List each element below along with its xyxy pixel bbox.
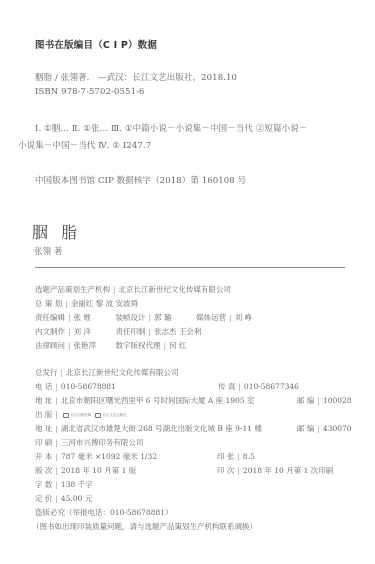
pub-value: 三河市兴博印务有限公司 — [61, 438, 144, 447]
separator: | — [55, 480, 58, 489]
separator: | — [55, 438, 58, 447]
separator: | — [229, 313, 232, 322]
pub-value: 010-58678881 — [61, 382, 116, 391]
credit-label: 责任印制 — [116, 327, 146, 336]
pub-label: 开 本 — [35, 452, 52, 461]
separator: | — [55, 452, 58, 461]
credit-row-legal: 法律顾问|张艳萍数字版权代理|何 红 — [35, 340, 186, 351]
separator: | — [113, 285, 116, 294]
logo-mark-icon — [63, 413, 69, 418]
pub-value: 8.5 — [243, 452, 255, 461]
separator: | — [55, 466, 58, 475]
separator: | — [237, 466, 240, 475]
pub-label: 印 刷 — [35, 438, 52, 447]
separator: | — [61, 368, 64, 377]
pub-label: 印 张 — [217, 452, 234, 461]
pub-row-printer: 印 刷|三河市兴博印务有限公司 — [35, 437, 143, 448]
credit-label: 装帧设计 — [116, 313, 146, 322]
credit-value: 张 维 — [74, 312, 116, 323]
credit-value: 郭 璐 — [154, 312, 196, 323]
separator: | — [164, 341, 167, 350]
cip-classification-line2: 小说集－中国－当代 Ⅳ. ① I247.7 — [18, 139, 151, 151]
pub-label: 出 版 — [35, 410, 52, 419]
cip-bibliographic-line: 胭脂 / 张翎著． —武汉：长江文艺出版社，2018.10 — [35, 71, 237, 83]
separator: | — [55, 494, 58, 503]
separator: | — [68, 327, 71, 336]
credit-row-production: 内文制作|刘 洋责任印制|张志杰 王会利 — [35, 326, 201, 337]
credit-label: 总 策 划 — [35, 299, 62, 308]
changjiang-media-logo: 长江出版传媒 — [63, 413, 91, 418]
pub-value: 010-58677346 — [244, 382, 299, 391]
pub-label: 版 次 — [35, 466, 52, 475]
separator: | — [237, 452, 240, 461]
cip-classification-line1: Ⅰ. ①胭… Ⅱ. ①张… Ⅲ. ①中篇小说－小说集－中国－当代 ②短篇小说－ — [35, 122, 307, 134]
pub-row-phone: 电 话|010-58678881 — [35, 381, 116, 392]
pub-row-sheets: 印 张|8.5 — [217, 451, 255, 462]
separator: | — [55, 396, 58, 405]
pub-label: 定 价 — [35, 494, 52, 503]
separator: | — [55, 424, 58, 433]
logo-text: 长江文艺出版社 — [102, 413, 127, 418]
pub-row-edition: 版 次|2018 年 10 月第 1 版 — [35, 465, 136, 476]
credit-label: 责任编辑 — [35, 313, 65, 322]
pub-value: 100028 — [323, 396, 352, 405]
pub-row-publisher: 出 版| 长江出版传媒 长江文艺出版社 — [35, 409, 127, 420]
pub-label: 邮 编 — [297, 424, 314, 433]
credit-value: 刘 峥 — [235, 313, 252, 322]
book-author: 张翎 著 — [34, 245, 62, 257]
pub-value: 湖北省武汉市雄楚大街 268 号湖北出版文化城 B 座 9-11 楼 — [61, 424, 262, 433]
credit-value: 张志杰 王会利 — [154, 327, 201, 336]
pub-row-postcode1: 邮 编|100028 — [297, 395, 352, 406]
pub-value: 787 毫米 ×1092 毫米 1/32 — [61, 452, 157, 461]
pub-value: 45.00 元 — [61, 494, 92, 503]
credit-label: 选题产品策划生产机构 — [35, 285, 110, 294]
pub-row-fax: 传 真|010-58677346 — [218, 381, 299, 392]
credit-value: 刘 洋 — [74, 326, 116, 337]
credit-row-editors: 责任编辑|张 维装帧设计|郭 璐媒体运营|刘 峥 — [35, 312, 252, 323]
cip-isbn: ISBN 978-7-5702-0551-6 — [35, 87, 145, 97]
pub-row-words: 字 数|138 千字 — [35, 479, 93, 490]
pub-label: 总发行 — [35, 368, 58, 377]
pub-label: 印 次 — [217, 466, 234, 475]
cip-heading: 图书在版编目（C I P）数据 — [35, 37, 157, 51]
pub-row-distributor: 总发行|北京长江新世纪文化传媒有限公司 — [35, 367, 179, 378]
credit-value: 金丽红 黎 波 安波舜 — [71, 299, 138, 308]
pub-value: 138 千字 — [61, 480, 93, 489]
credit-label: 媒体运营 — [196, 313, 226, 322]
separator: | — [55, 382, 58, 391]
credit-label: 数字版权代理 — [116, 341, 161, 350]
pub-row-postcode2: 邮 编|430070 — [297, 423, 352, 434]
pub-value: 北京长江新世纪文化传媒有限公司 — [66, 368, 179, 377]
quality-notice: （图书如出现印装质量问题，请与选题产品策划生产机构联系调换） — [32, 521, 257, 532]
pub-label: 字 数 — [35, 480, 52, 489]
logo-text: 长江出版传媒 — [70, 413, 91, 418]
credit-row-producer: 选题产品策划生产机构|北京长江新世纪文化传媒有限公司 — [35, 284, 231, 295]
book-title: 胭 脂 — [32, 220, 81, 243]
credit-value: 北京长江新世纪文化传媒有限公司 — [119, 285, 232, 294]
separator: | — [238, 382, 241, 391]
credit-value: 何 红 — [169, 341, 186, 350]
pub-value: 430070 — [323, 424, 352, 433]
piracy-notice: 盗版必究（举报电话：010-58678881） — [35, 507, 173, 518]
separator: | — [55, 410, 58, 419]
credit-label: 法律顾问 — [35, 341, 65, 350]
pub-row-price: 定 价|45.00 元 — [35, 493, 92, 504]
logo-mark-icon — [95, 413, 101, 418]
pub-label: 电 话 — [35, 382, 52, 391]
pub-value: 2018 年 10 月第 1 次印刷 — [243, 466, 333, 475]
separator: | — [68, 341, 71, 350]
divider-rule — [35, 267, 345, 268]
pub-row-format: 开 本|787 毫米 ×1092 毫米 1/32 — [35, 451, 157, 462]
separator: | — [65, 299, 68, 308]
separator: | — [68, 313, 71, 322]
pub-value: 北京市朝阳区曙光西里甲 6 号时间国际大厦 A 座 1905 室 — [61, 396, 255, 405]
cip-verification: 中国版本图书馆 CIP 数据核字（2018）第 160108 号 — [35, 174, 246, 186]
pub-label: 传 真 — [218, 382, 235, 391]
pub-label: 地 址 — [35, 396, 52, 405]
pub-row-printing: 印 次|2018 年 10 月第 1 次印刷 — [217, 465, 333, 476]
pub-label: 邮 编 — [297, 396, 314, 405]
publisher-logos: 长江出版传媒 长江文艺出版社 — [63, 413, 127, 418]
separator: | — [317, 396, 320, 405]
pub-row-address2: 地 址|湖北省武汉市雄楚大街 268 号湖北出版文化城 B 座 9-11 楼 — [35, 423, 262, 434]
pub-value: 2018 年 10 月第 1 版 — [61, 466, 136, 475]
credit-label: 内文制作 — [35, 327, 65, 336]
separator: | — [149, 327, 152, 336]
pub-row-address1: 地 址|北京市朝阳区曙光西里甲 6 号时间国际大厦 A 座 1905 室 — [35, 395, 255, 406]
separator: | — [317, 424, 320, 433]
copyright-page: 图书在版编目（C I P）数据 胭脂 / 张翎著． —武汉：长江文艺出版社，20… — [0, 0, 375, 564]
pub-label: 地 址 — [35, 424, 52, 433]
credit-row-chief-planner: 总 策 划|金丽红 黎 波 安波舜 — [35, 298, 138, 309]
credit-value: 张艳萍 — [74, 340, 116, 351]
changjiang-literature-logo: 长江文艺出版社 — [95, 413, 127, 418]
separator: | — [149, 313, 152, 322]
